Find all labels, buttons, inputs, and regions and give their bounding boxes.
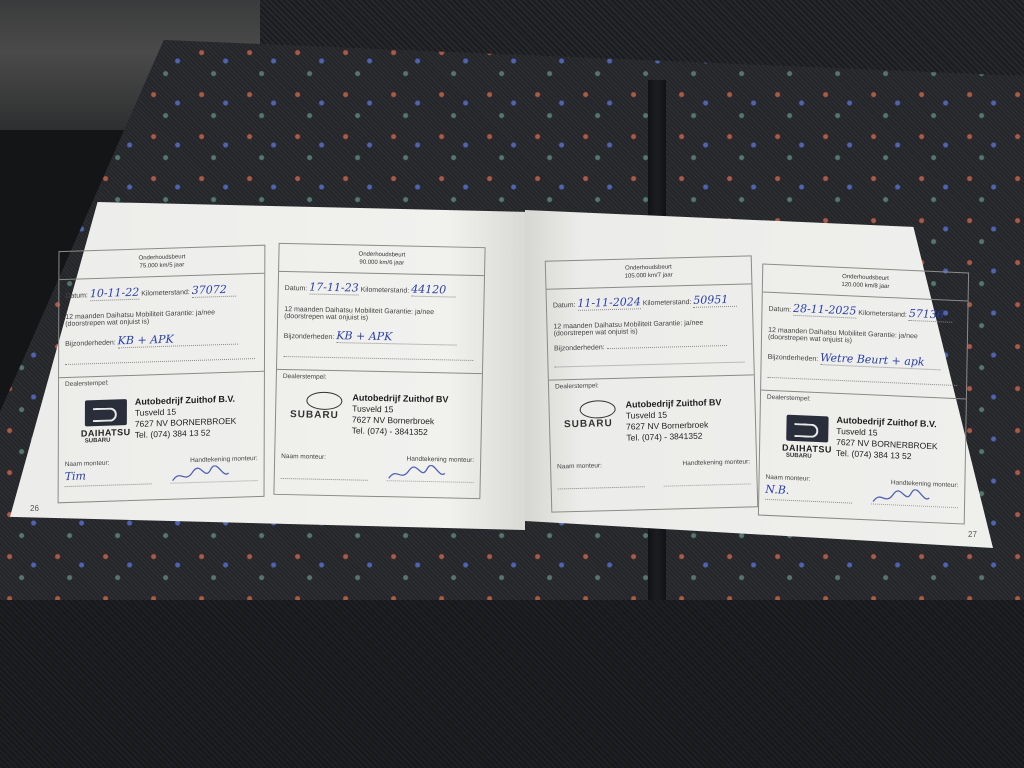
odometer-value: 50951 [693, 293, 737, 308]
mechanic-name-value: N.B. [765, 483, 852, 504]
odometer-label: Kilometerstand: [858, 310, 907, 319]
remarks-row: Bijzonderheden: KB + APK [59, 330, 264, 350]
dealer-stamp: SUBARU Autobedrijf Zuithof BV Tusveld 15… [555, 390, 750, 457]
warranty-row: 12 maanden Daihatsu Mobiliteit Garantie:… [547, 318, 752, 337]
remarks-line-2 [761, 373, 966, 389]
stamp-brand: SUBARU [290, 409, 339, 421]
remarks-row: Bijzonderheden: Wetre Beurt + apk [762, 349, 967, 372]
date-label: Datum: [553, 302, 576, 310]
odometer-label: Kilometerstand: [361, 287, 410, 295]
subaru-logo-icon [579, 400, 615, 419]
entry-header: Onderhoudsbeurt 120.000 km/8 jaar [763, 265, 968, 302]
remarks-label: Bijzonderheden: [554, 344, 605, 352]
mechanic-signature-value [663, 467, 750, 486]
warranty-row: 12 maanden Daihatsu Mobiliteit Garantie:… [762, 327, 967, 350]
mechanic-name-label: Naam monteur: [281, 453, 326, 461]
remarks-line-2 [548, 357, 753, 369]
date-label: Datum: [285, 285, 308, 292]
mechanic-signature-value [171, 464, 258, 484]
warranty-row: 12 maanden Daihatsu Mobiliteit Garantie:… [59, 308, 264, 328]
entry-header: Onderhoudsbeurt 90.000 km/6 jaar [279, 244, 485, 276]
entry-header: Onderhoudsbeurt 105.000 km/7 jaar [546, 256, 752, 289]
mechanic-signature-value [387, 464, 474, 483]
mechanic-signature-label: Handtekening monteur: [891, 479, 959, 489]
date-odometer-row: Datum: 28-11-2025 Kilometerstand: 57136 [762, 301, 967, 324]
dealer-address: Autobedrijf Zuithof BV Tusveld 15 7627 N… [625, 397, 722, 443]
mechanic-name-value: Tim [65, 467, 152, 487]
date-label: Datum: [768, 306, 791, 314]
remarks-line-2 [59, 354, 264, 367]
remarks-line-2 [277, 352, 482, 363]
warranty-row: 12 maanden Daihatsu Mobiliteit Garantie:… [278, 306, 483, 324]
remarks-row: Bijzonderheden: [548, 340, 753, 352]
mechanic-name-value [557, 470, 644, 489]
page-number-right: 27 [968, 530, 977, 539]
dealer-stamp: DAIHATSUSUBARU Autobedrijf Zuithof B.V. … [766, 406, 960, 476]
mechanic-signature-value [871, 487, 958, 508]
odometer-value: 57136 [909, 307, 953, 323]
service-entry: Onderhoudsbeurt 105.000 km/7 jaar Datum:… [545, 255, 759, 512]
dealer-phone: Tel. (074) - 3841352 [626, 430, 722, 444]
date-value: 28-11-2025 [793, 302, 857, 319]
date-odometer-row: Datum: 11-11-2024 Kilometerstand: 50951 [547, 292, 752, 311]
dealer-address: Autobedrijf Zuithof B.V. Tusveld 15 7627… [135, 394, 237, 441]
service-entry: Onderhoudsbeurt 120.000 km/8 jaar Datum:… [758, 263, 969, 524]
mechanic-values [275, 462, 480, 483]
remarks-row: Bijzonderheden: KB + APK [278, 328, 483, 346]
odometer-label: Kilometerstand: [643, 299, 692, 307]
date-value: 11-11-2024 [577, 295, 641, 311]
dealer-address: Autobedrijf Zuithof BV Tusveld 15 7627 N… [352, 392, 449, 438]
mechanic-signature-label: Handtekening monteur: [190, 455, 258, 464]
stamp-brand-secondary: SUBARU [85, 438, 111, 445]
remarks-value: Wetre Beurt + apk [820, 351, 940, 370]
service-entry: Onderhoudsbeurt 90.000 km/6 jaar Datum: … [273, 243, 485, 499]
remarks-label: Bijzonderheden: [284, 333, 335, 341]
daihatsu-logo-icon [85, 399, 127, 426]
stamp-brand: SUBARU [564, 418, 613, 430]
mechanic-values: Tim [59, 464, 264, 487]
mechanic-signature-label: Handtekening monteur: [682, 458, 750, 467]
date-label: Datum: [65, 292, 88, 300]
date-odometer-row: Datum: 17-11-23 Kilometerstand: 44120 [279, 280, 484, 298]
remarks-value: KB + APK [118, 331, 238, 349]
remarks-value: KB + APK [336, 329, 456, 346]
remarks-value [607, 345, 727, 349]
page-number-left: 26 [30, 504, 39, 513]
mechanic-name-value [281, 462, 368, 481]
dealer-stamp: DAIHATSUSUBARU Autobedrijf Zuithof B.V. … [65, 387, 258, 455]
stamp-brand-secondary: SUBARU [786, 453, 812, 460]
dealer-phone: Tel. (074) - 3841352 [352, 425, 448, 438]
entry-header: Onderhoudsbeurt 75.000 km/5 jaar [59, 246, 264, 280]
remarks-label: Bijzonderheden: [65, 339, 116, 348]
dealer-phone: Tel. (074) 384 13 52 [135, 427, 237, 441]
odometer-label: Kilometerstand: [141, 289, 190, 298]
odometer-value: 44120 [411, 283, 455, 298]
odometer-value: 37072 [192, 283, 236, 298]
date-odometer-row: Datum: 10-11-22 Kilometerstand: 37072 [59, 282, 264, 302]
dealer-address: Autobedrijf Zuithof B.V. Tusveld 15 7627… [836, 415, 938, 463]
mechanic-values [551, 467, 756, 489]
remarks-label: Bijzonderheden: [768, 354, 819, 363]
mechanic-name-label: Naam monteur: [766, 474, 811, 483]
date-value: 10-11-22 [90, 286, 139, 302]
mechanic-signature-label: Handtekening monteur: [407, 456, 475, 464]
mechanic-name-label: Naam monteur: [65, 460, 110, 468]
service-entry: Onderhoudsbeurt 75.000 km/5 jaar Datum: … [58, 245, 266, 504]
daihatsu-logo-icon [786, 415, 828, 443]
subaru-logo-icon [306, 391, 342, 410]
mechanic-name-label: Naam monteur: [557, 462, 602, 470]
service-booklet: 26 27 Onderhoudsbeurt 75.000 km/5 jaar D… [0, 0, 1024, 768]
dealer-stamp: SUBARU Autobedrijf Zuithof BV Tusveld 15… [281, 385, 475, 451]
date-value: 17-11-23 [309, 281, 359, 296]
